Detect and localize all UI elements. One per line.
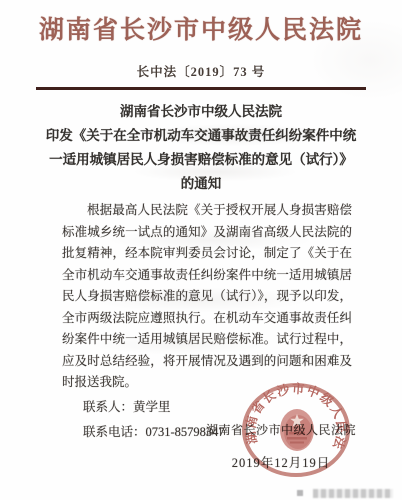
document-number: 长中法〔2019〕73 号 — [0, 62, 402, 80]
bottom-cutoff-mark — [297, 490, 303, 496]
scanned-court-notice: 湖南省长沙市中级人民法院 长中法〔2019〕73 号 湖南省长沙市中级人民法院 … — [0, 0, 402, 500]
notice-title-line-1: 湖南省长沙市中级人民法院 — [30, 100, 372, 124]
notice-title: 湖南省长沙市中级人民法院 印发《关于在全市机动车交通事故责任纠纷案件中统 一适用… — [30, 100, 372, 196]
national-emblem-icon — [280, 409, 314, 451]
notice-title-line-3: 一适用城镇居民人身损害赔偿标准的意见（试行）》 — [30, 148, 372, 172]
bottom-cutoff-text — [313, 489, 393, 498]
body-paragraph: 根据最高人民法院《关于授权开展人身损害赔偿标准城乡统一试点的通知》及湖南省高级人… — [62, 200, 352, 394]
letterhead-court-name: 湖南省长沙市中级人民法院 — [0, 10, 402, 46]
official-court-seal-icon: 湖南省长沙市中级人民法院 — [240, 382, 352, 480]
notice-title-line-4: 的通知 — [30, 172, 372, 196]
notice-title-line-2: 印发《关于在全市机动车交通事故责任纠纷案件中统 — [30, 124, 372, 148]
letterhead-divider-rule — [36, 87, 366, 90]
